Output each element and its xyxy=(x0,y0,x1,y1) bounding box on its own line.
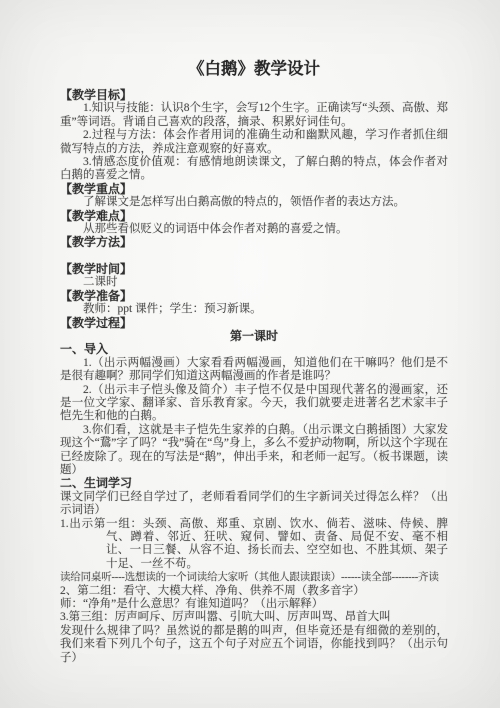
time-text: 二课时 xyxy=(60,276,448,289)
document-page: 《白鹅》教学设计 【教学目标】 1.知识与技能：认识8个生字，会写12个生字。正… xyxy=(0,0,500,708)
part1-item-3: 3.你们看，这就是丰子恺先生家养的白鹅。（出示课文白鹅插图）大家发现这个“鵞”字… xyxy=(60,424,448,478)
key-point-text: 了解课文是怎样写出白鹅高傲的特点的，领悟作者的表达方法。 xyxy=(60,196,448,209)
lesson-title: 第一课时 xyxy=(60,330,448,343)
part1-item-1: 1.（出示两幅漫画）大家看看两幅漫画，知道他们在干嘛吗？他们是不是很有趣啊？那同… xyxy=(60,357,448,384)
objective-item-2: 2.过程与方法：体会作者用词的准确生动和幽默风趣，学习作者抓住细微写特点的方法，… xyxy=(60,129,448,156)
key-point-header: 【教学重点】 xyxy=(60,183,448,196)
time-header: 【教学时间】 xyxy=(60,263,448,276)
preparation-text: 教师：ppt 课件；学生：预习新课。 xyxy=(60,303,448,316)
objective-item-3: 3.情感态度价值观：有感情地朗读课文，了解白鹅的特点，体会作者对白鹅的喜爱之情。 xyxy=(60,156,448,183)
difficulty-header: 【教学难点】 xyxy=(60,210,448,223)
reading-instruction: 读给同桌听----选想读的一个词读给大家听（其他人跟读跟读）------读全部-… xyxy=(60,571,448,584)
part2-intro: 课文同学们已经自学过了，老师看看同学们的生字新词关过得怎么样？（出示词语） xyxy=(60,491,448,518)
part2-closing: 发现什么规律了吗？虽然说的都是鹅的叫声，但毕竟还是有细微的差别的，我们来看下列几… xyxy=(60,625,448,665)
process-header: 【教学过程】 xyxy=(60,317,448,330)
part1-header: 一、导入 xyxy=(60,343,448,356)
objectives-header: 【教学目标】 xyxy=(60,89,448,102)
word-group-1: 1.出示第一组：头颈、高傲、郑重、京剧、饮水、倘若、滋味、侍候、脾气、蹲着、邻近… xyxy=(60,518,448,572)
word-group-2: 2、第二组：看守、大模大样、净角、供养不周（教多音字） xyxy=(60,585,448,598)
part2-header: 二、生词学习 xyxy=(60,477,448,490)
objective-item-1: 1.知识与技能：认识8个生字，会写12个生字。正确读写“头颈、高傲、郑重”等词语… xyxy=(60,102,448,129)
method-header: 【教学方法】 xyxy=(60,236,448,249)
word-group-3: 3.第三组：厉声呵斥、厉声叫嚣、引吭大叫、厉声叫骂、昂首大叫 xyxy=(60,611,448,624)
preparation-header: 【教学准备】 xyxy=(60,290,448,303)
teacher-question: 师：“净角”是什么意思？有谁知道吗？（出示解释） xyxy=(60,598,448,611)
page-title: 《白鹅》教学设计 xyxy=(60,58,448,80)
part1-item-2: 2.（出示丰子恺头像及简介）丰子恺不仅是中国现代著名的漫画家，还是一位文学家、翻… xyxy=(60,384,448,424)
